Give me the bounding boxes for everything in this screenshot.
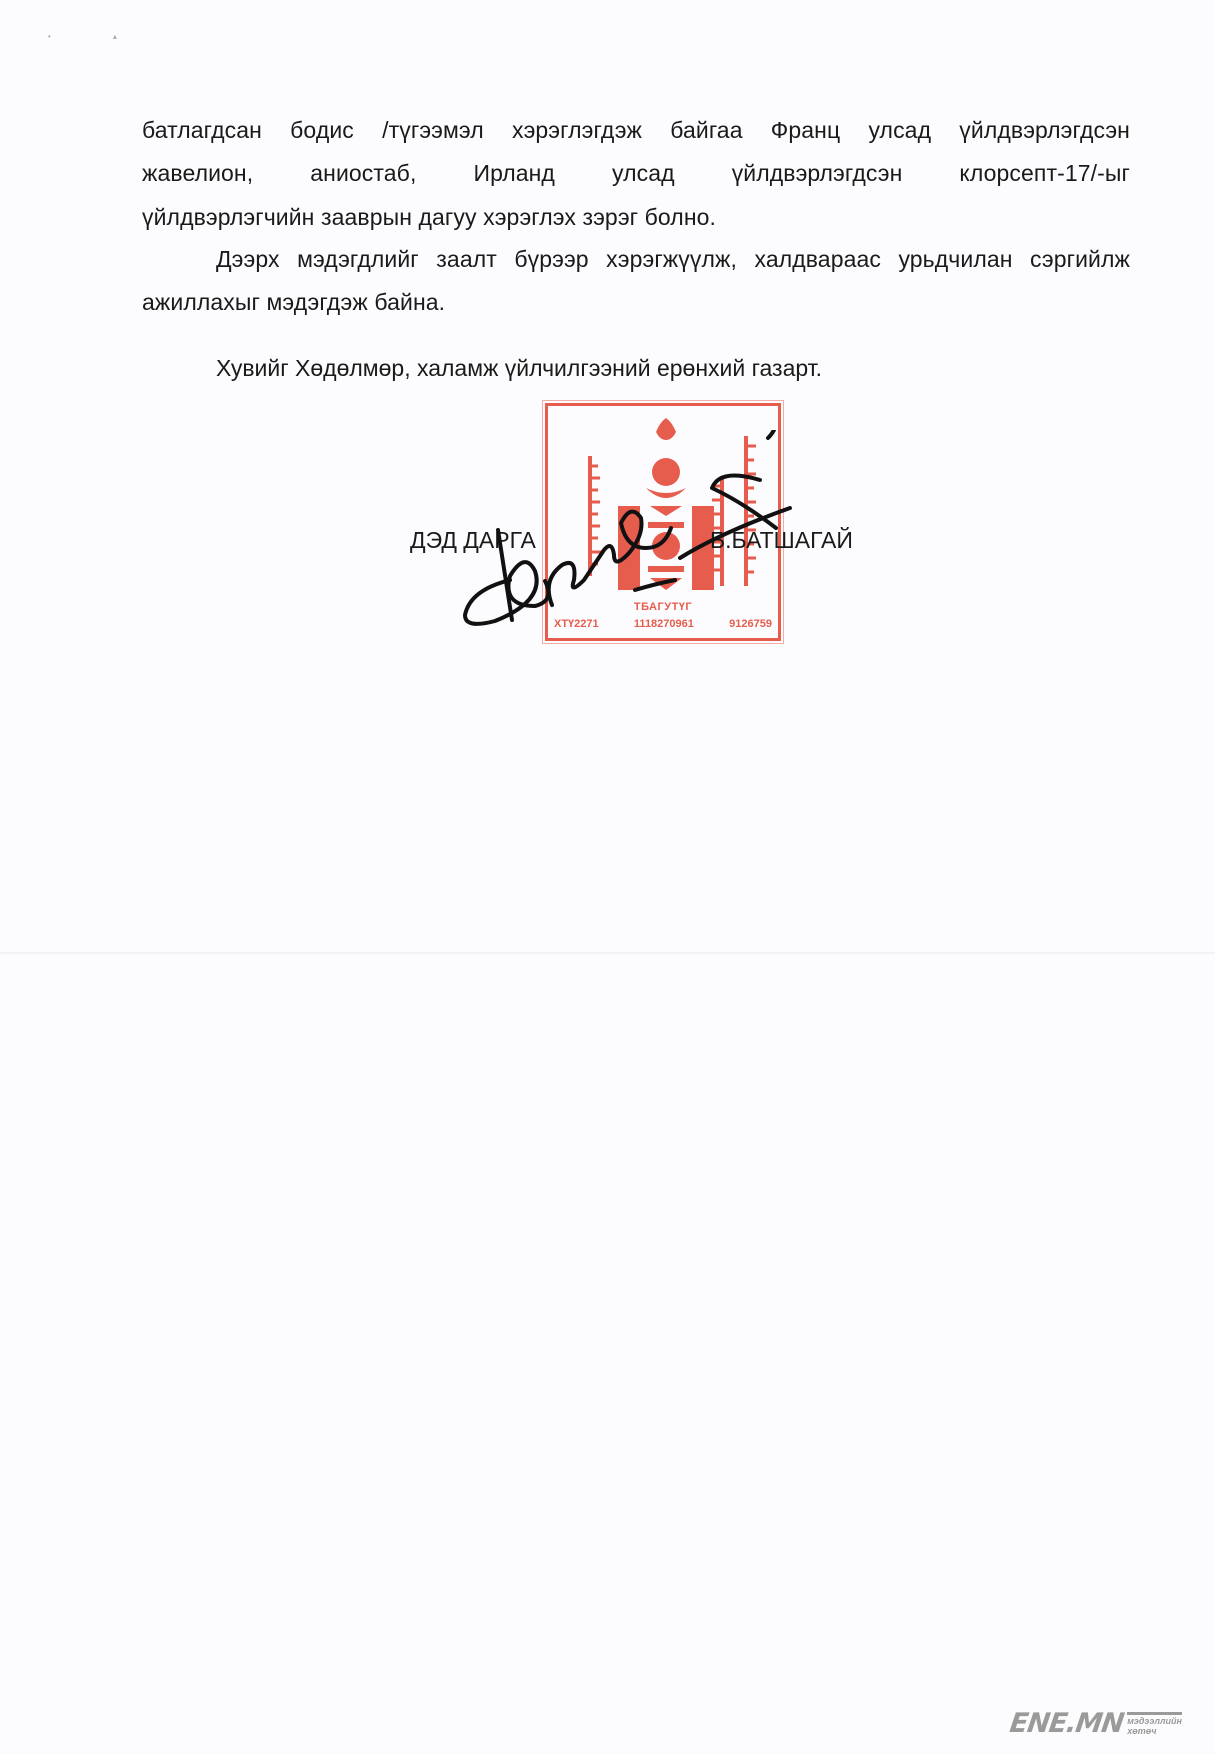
watermark-tagline-line2: хөтөч bbox=[1127, 1726, 1182, 1736]
body-line-2: жавелион, аниостаб, Ирланд улсад үйлдвэр… bbox=[142, 159, 1130, 187]
watermark-tagline-line1: мэдээллийн bbox=[1127, 1716, 1182, 1726]
copy-addressee: Хувийг Хөдөлмөр, халамж үйлчилгээний ерө… bbox=[216, 354, 822, 382]
body-line-5: ажиллахыг мэдэгдэж байна. bbox=[142, 288, 1130, 316]
body-line-1: батлагдсан бодис /түгээмэл хэрэглэгдэж б… bbox=[142, 116, 1130, 144]
watermark-tagline: мэдээллийн хөтөч bbox=[1127, 1712, 1182, 1736]
body-line-3: үйлдвэрлэгчийн зааврын дагуу хэрэглэх зэ… bbox=[142, 203, 1130, 231]
scan-specks: •▴ bbox=[48, 32, 179, 41]
body-line-4: Дээрх мэдэгдлийг заалт бүрээр хэрэгжүүлж… bbox=[216, 245, 1130, 273]
watermark-logo: ENE.MN bbox=[1008, 1708, 1126, 1739]
page-fold-line bbox=[0, 952, 1215, 954]
document-page: •▴ батлагдсан бодис /түгээмэл хэрэглэгдэ… bbox=[0, 0, 1215, 1754]
watermark: ENE.MN мэдээллийн хөтөч bbox=[1010, 1708, 1182, 1739]
handwritten-signature-icon bbox=[460, 430, 800, 640]
